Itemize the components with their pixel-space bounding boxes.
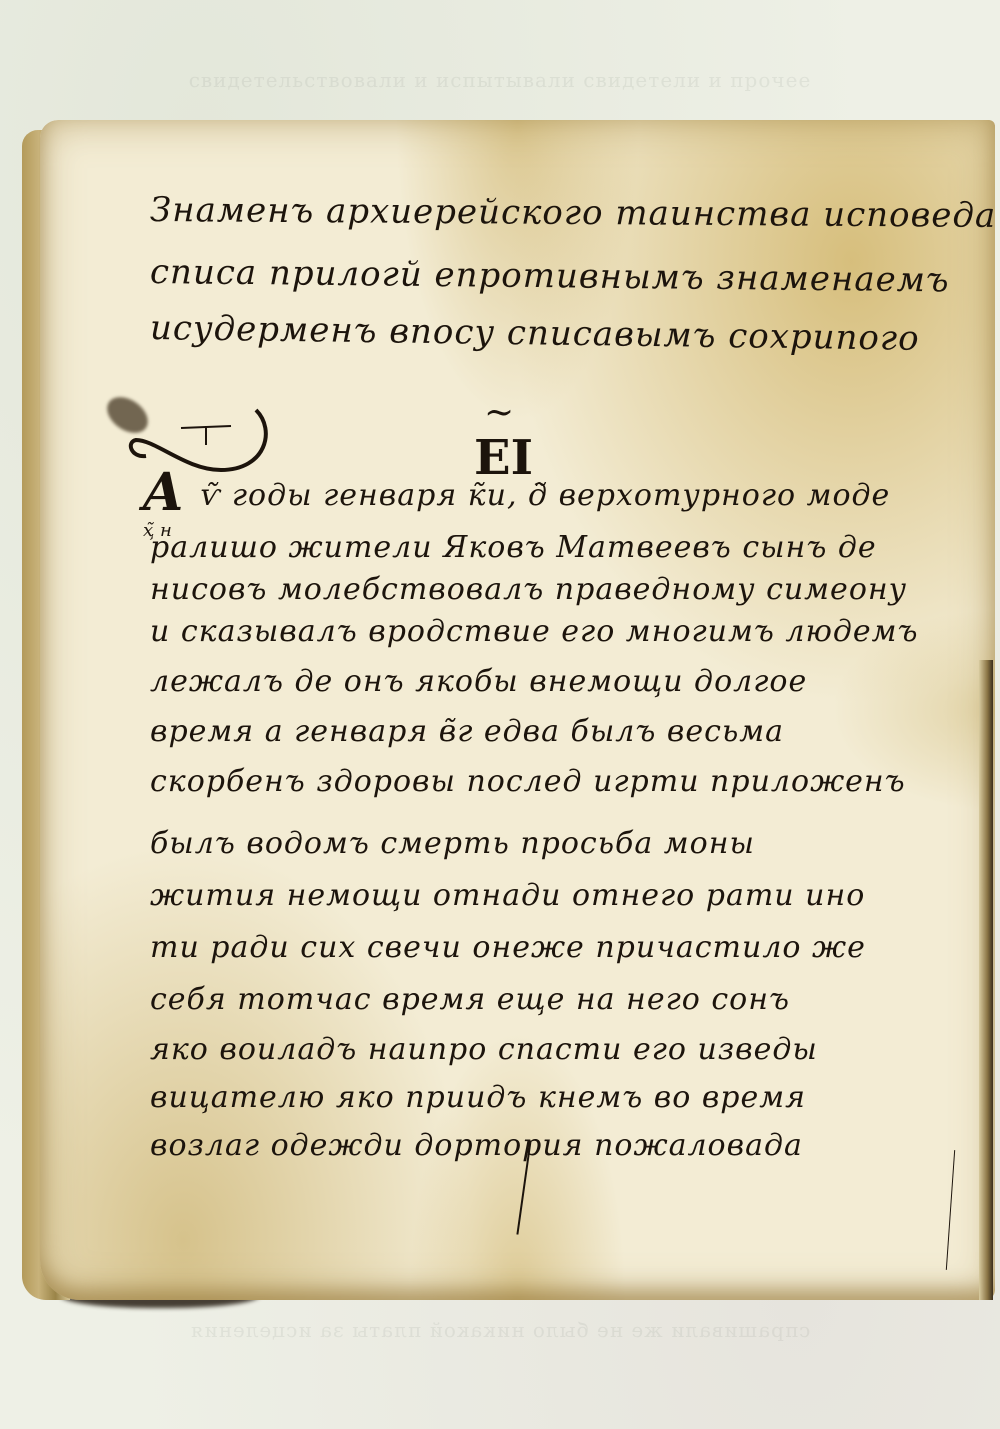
folio-titlo: ~: [484, 392, 514, 433]
body-line-3: нисовъ молебствовалъ праведному симеону: [150, 572, 907, 607]
bleed-through-text-bottom: спрашивали же не было никакой платы за и…: [0, 1318, 1000, 1342]
body-line-8: былъ водомъ смерть просьба моны: [150, 826, 755, 861]
body-line-5: лежалъ де онъ якобы внемощи долгое: [150, 664, 807, 699]
body-line-6: время а генваря в̃г едва былъ весьма: [150, 714, 784, 749]
body-line-13: вицателю яко приидъ кнемъ во время: [150, 1080, 806, 1115]
body-line-11: себя тотчас время еще на него сонъ: [150, 982, 790, 1017]
body-line-10: ти ради сих свечи онеже причастило же: [150, 930, 866, 965]
body-line-9: жития немощи отнади отнего рати ино: [150, 878, 865, 913]
header-line-2: списа прилогй епротивнымъ знаменаемъ: [150, 252, 950, 300]
bleed-through-text-top: свидетельствовали и испытывали свидетели…: [0, 68, 1000, 92]
body-line-1: ѵ̃ годы генваря к̃и, д̃ верхотурного мод…: [200, 478, 890, 513]
body-line-7: скорбенъ здоровы послед игрти приложенъ: [150, 764, 906, 799]
body-line-2: ралишо жители Яковъ Матвеевъ сынъ де: [150, 530, 877, 565]
body-line-14: возлаг одежди дортория пожаловада: [150, 1128, 803, 1163]
header-line-1: Знаменъ архиерейского таинства исповеда …: [150, 190, 1000, 237]
body-line-12: яко воиладъ наипро спасти его изведы: [150, 1032, 818, 1067]
drop-cap: А: [142, 462, 184, 523]
body-line-4: и сказывалъ вродствие его многимъ людемъ: [150, 614, 919, 649]
page-right-edge: [979, 660, 993, 1300]
